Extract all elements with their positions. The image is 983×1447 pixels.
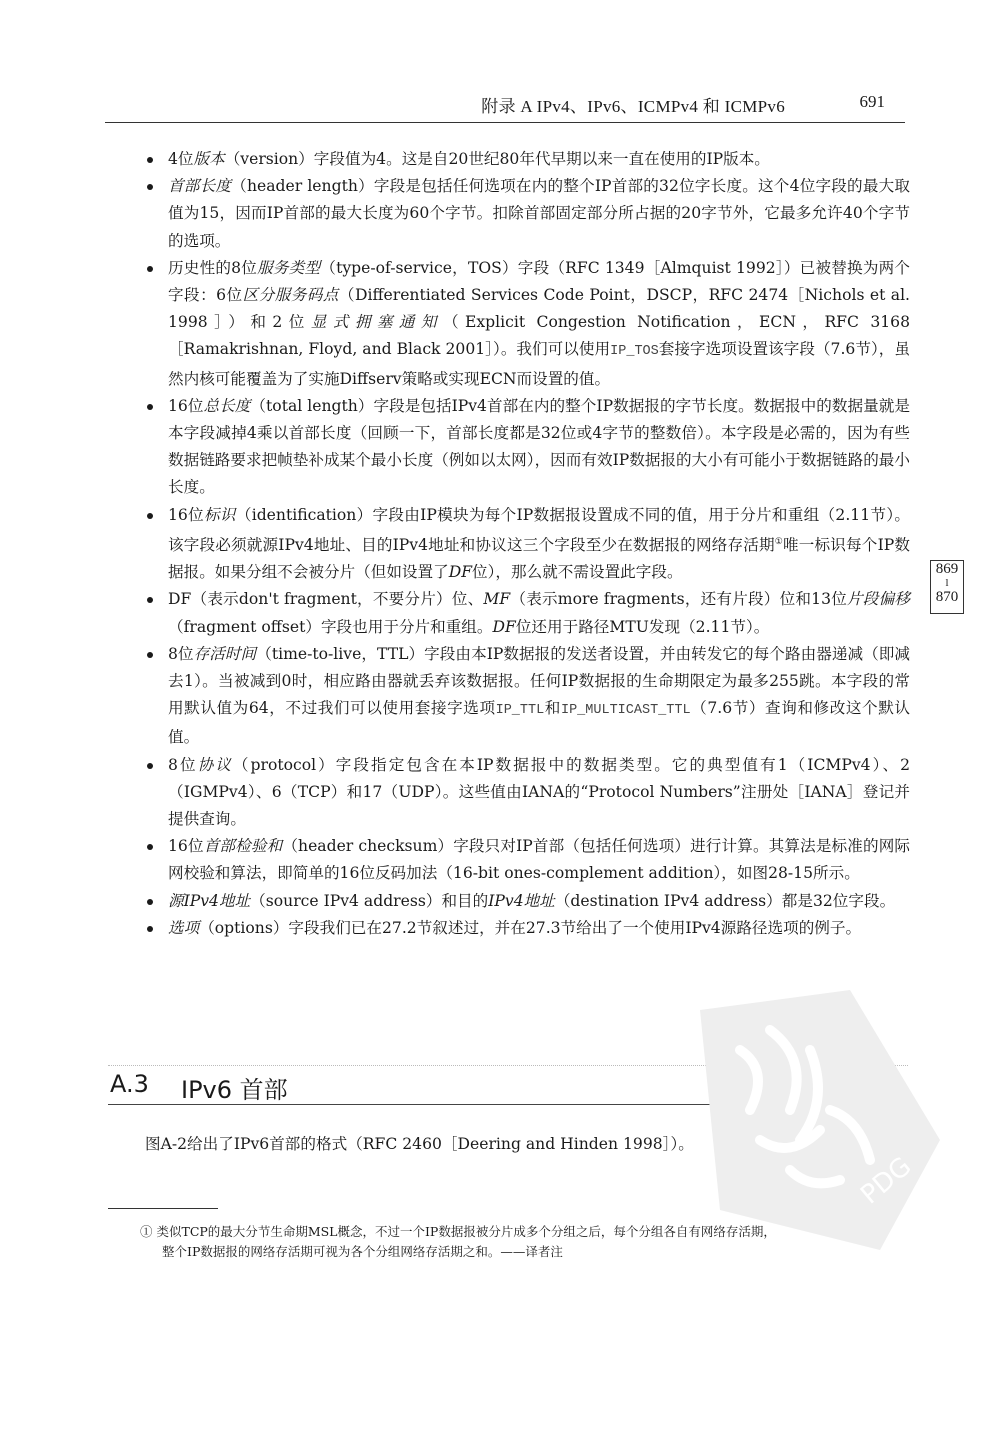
bullet-icon <box>147 266 153 272</box>
term: 片段偏移 <box>847 590 910 608</box>
bullet-icon <box>147 157 153 163</box>
term: 首部检验和 <box>204 837 283 855</box>
footnote: ① 类似TCP的最大分节生命期MSL概念，不过一个IP数据报被分片成多个分组之后… <box>140 1222 920 1262</box>
term: 服务类型 <box>257 259 320 277</box>
section-title: IPv6 首部 <box>181 1070 288 1105</box>
bullet-icon <box>147 899 153 905</box>
footnote-marker: ① <box>140 1224 153 1239</box>
list-item-total-length: 16位总长度（total length）字段是包括IPv4首部在内的整个IP数据… <box>145 393 910 502</box>
bullet-icon <box>147 597 153 603</box>
section-number: A.3 <box>110 1070 149 1098</box>
term: 标识 <box>204 506 236 524</box>
code-ip-tos: IP_TOS <box>610 344 659 359</box>
bullet-icon <box>147 513 153 519</box>
list-item-header-length: 首部长度（header length）字段是包括任何选项在内的整个IP首部的32… <box>145 173 910 255</box>
bullet-icon <box>147 184 153 190</box>
section-heading: A.3 IPv6 首部 <box>108 1068 908 1105</box>
bullet-icon <box>147 844 153 850</box>
list-item-tos: 历史性的8位服务类型（type-of-service，TOS）字段（RFC 13… <box>145 255 910 393</box>
list-item-ttl: 8位存活时间（time-to-live，TTL）字段由本IP数据报的发送者设置，… <box>145 641 910 752</box>
term: 存活时间 <box>194 645 257 663</box>
bullet-icon <box>147 652 153 658</box>
term: 首部长度 <box>168 177 231 195</box>
code-ip-ttl: IP_TTL <box>496 703 545 718</box>
list-item-version: 4位版本（version）字段值为4。这是自20世纪80年代早期以来一直在使用的… <box>145 146 910 173</box>
list-item-df-mf: DF（表示don't fragment，不要分片）位、MF（表示more fra… <box>145 586 910 640</box>
bullet-icon <box>147 926 153 932</box>
term: 协议 <box>198 756 233 774</box>
page-number: 691 <box>860 92 886 112</box>
section-divider <box>108 1065 908 1067</box>
svg-text:PDG: PDG <box>855 1151 917 1210</box>
list-item-addresses: 源IPv4地址（source IPv4 address）和目的IPv4地址（de… <box>145 888 910 915</box>
code-ip-multicast-ttl: IP_MULTICAST_TTL <box>561 703 691 718</box>
section-intro: 图A-2给出了IPv6首部的格式（RFC 2460［Deering and Hi… <box>145 1131 905 1157</box>
list-item-identification: 16位标识（identification）字段由IP模块为每个IP数据报设置成不… <box>145 502 910 587</box>
bullet-icon <box>147 404 153 410</box>
footnote-ref[interactable]: ① <box>775 537 783 547</box>
term: 源IPv4地址 <box>168 892 250 910</box>
term: 显式拥塞通知 <box>311 313 443 331</box>
footnote-divider <box>108 1208 218 1209</box>
list-item-protocol: 8位协议（protocol）字段指定包含在本IP数据报中的数据类型。它的典型值有… <box>145 752 910 834</box>
bullet-icon <box>147 763 153 769</box>
running-header: 附录 A IPv4、IPv6、ICMPv4 和 ICMPv6 691 <box>105 88 905 123</box>
term: 区分服务码点 <box>243 286 339 304</box>
term: IPv4地址 <box>488 892 555 910</box>
term: 版本 <box>194 150 225 168</box>
term: 总长度 <box>204 397 251 415</box>
list-item-checksum: 16位首部检验和（header checksum）字段只对IP首部（包括任何选项… <box>145 833 910 887</box>
original-page-ref: 869 l 870 <box>930 560 964 614</box>
chapter-title: 附录 A IPv4、IPv6、ICMPv4 和 ICMPv6 <box>481 92 785 117</box>
term: 选项 <box>168 919 199 937</box>
watermark-seal-icon: PDG <box>680 990 940 1250</box>
field-description-list: 4位版本（version）字段值为4。这是自20世纪80年代早期以来一直在使用的… <box>145 146 910 942</box>
list-item-options: 选项（options）字段我们已在27.2节叙述过，并在27.3节给出了一个使用… <box>145 915 910 942</box>
